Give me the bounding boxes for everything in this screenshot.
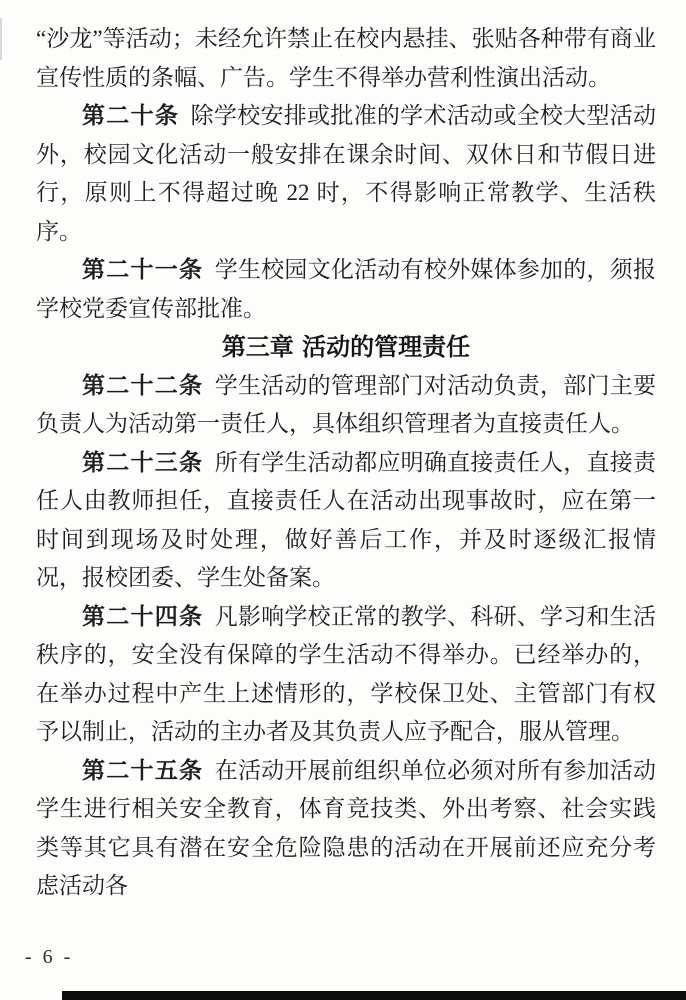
scan-edge-smudge [0, 18, 2, 60]
paragraph-article-24: 第二十四条凡影响学校正常的教学、科研、学习和生活秩序的，安全没有保障的学生活动不… [36, 598, 656, 752]
page-number: - 6 - [25, 946, 73, 969]
paragraph-article-25: 第二十五条在活动开展前组织单位必须对所有参加活动学生进行相关安全教育，体育竞技类… [36, 752, 656, 906]
paragraph-continuation: “沙龙”等活动；未经允许禁止在校内悬挂、张贴各种带有商业宣传性质的条幅、广告。学… [36, 20, 656, 97]
paragraph-article-21: 第二十一条学生校园文化活动有校外媒体参加的，须报学校党委宣传部批准。 [36, 251, 656, 328]
paragraph-text: “沙龙”等活动；未经允许禁止在校内悬挂、张贴各种带有商业宣传性质的条幅、广告。学… [36, 26, 656, 90]
paragraph-article-20: 第二十条除学校安排或批准的学术活动或全校大型活动外，校园文化活动一般安排在课余时… [36, 97, 656, 251]
article-number: 第二十一条 [82, 257, 203, 282]
chapter-heading: 第三章 活动的管理责任 [36, 328, 656, 367]
article-number: 第二十条 [82, 103, 179, 128]
paragraph-article-23: 第二十三条所有学生活动都应明确直接责任人，直接责任人由教师担任，直接责任人在活动… [36, 444, 656, 598]
article-number: 第二十三条 [82, 450, 203, 475]
article-number: 第二十二条 [82, 373, 203, 398]
article-number: 第二十五条 [82, 758, 203, 783]
document-body: “沙龙”等活动；未经允许禁止在校内悬挂、张贴各种带有商业宣传性质的条幅、广告。学… [36, 20, 656, 906]
article-number: 第二十四条 [82, 604, 203, 629]
paragraph-article-22: 第二十二条学生活动的管理部门对活动负责，部门主要负责人为活动第一责任人，具体组织… [36, 367, 656, 444]
scan-artifact-bar [62, 991, 686, 1000]
